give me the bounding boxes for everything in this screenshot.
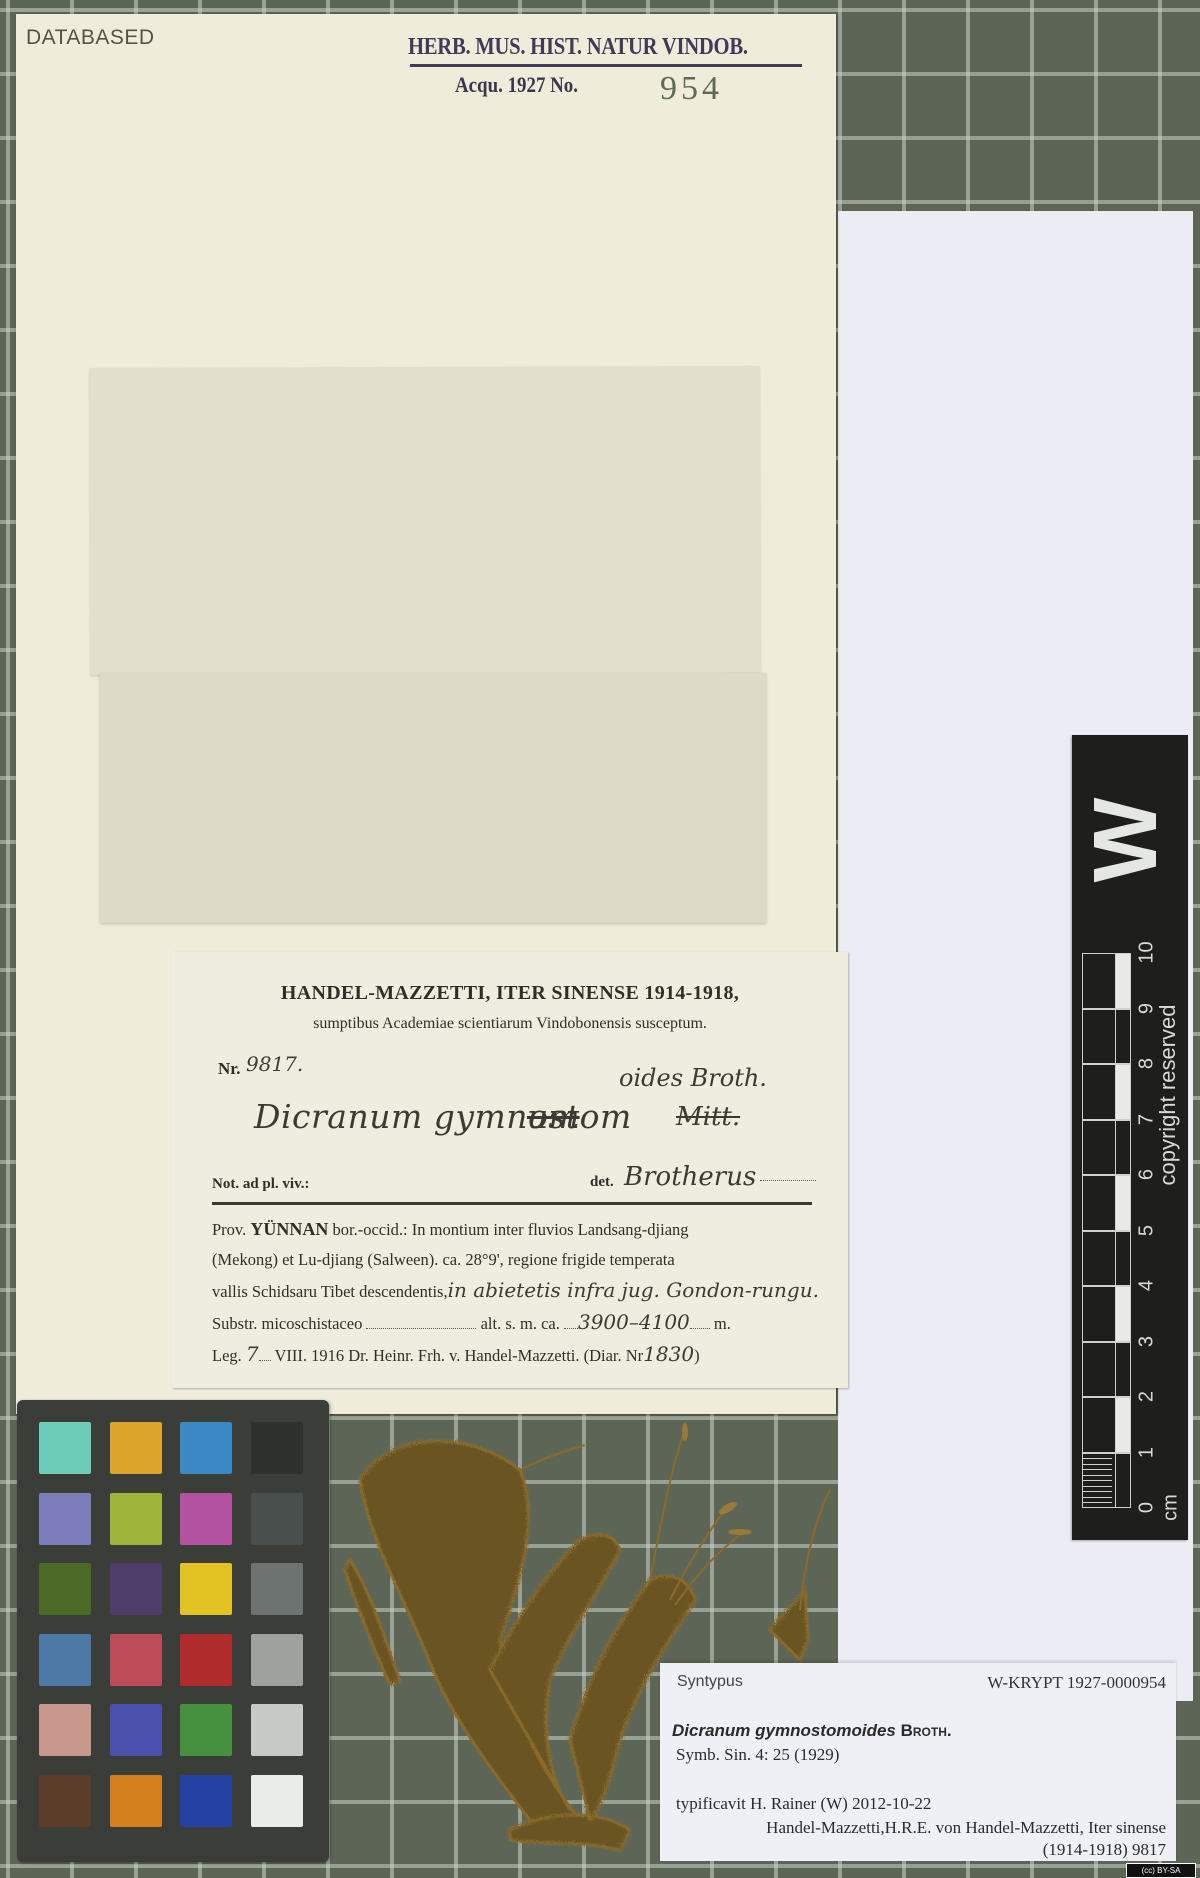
taxon-name: Dicranum gymnostomoides Broth. xyxy=(672,1721,952,1741)
province: YÜNNAN xyxy=(250,1219,328,1239)
color-patch xyxy=(39,1704,91,1756)
mm-tick xyxy=(1082,1502,1112,1503)
scale-block xyxy=(1115,1175,1131,1231)
collection-day: 7 xyxy=(246,1342,259,1366)
scale-number: 3 xyxy=(1136,1326,1159,1356)
locality-line-1: Prov. YÜNNAN bor.-occid.: In montium int… xyxy=(212,1214,812,1245)
color-patch xyxy=(110,1493,162,1545)
color-patch xyxy=(180,1634,232,1686)
diary-number: 1830 xyxy=(643,1342,694,1366)
color-patch xyxy=(110,1775,162,1827)
label-divider xyxy=(212,1202,812,1205)
scale-block xyxy=(1082,1064,1116,1120)
collection-number-label: Nr. xyxy=(218,1059,241,1079)
scale-block xyxy=(1082,1397,1116,1453)
color-patch xyxy=(180,1704,232,1756)
scale-block xyxy=(1115,953,1131,1009)
color-checker-card xyxy=(17,1400,329,1862)
locality-text: Prov. YÜNNAN bor.-occid.: In montium int… xyxy=(212,1214,812,1371)
determiner-label: det. xyxy=(590,1174,614,1191)
scale-number: 2 xyxy=(1136,1382,1159,1412)
color-patch xyxy=(39,1422,91,1474)
mm-tick xyxy=(1082,1491,1112,1492)
specimen-packet-flap[interactable] xyxy=(89,366,760,675)
altitude-value: 3900–4100 xyxy=(578,1310,690,1334)
color-patch xyxy=(180,1493,232,1545)
field-label: HANDEL-MAZZETTI, ITER SINENSE 1914-1918,… xyxy=(172,952,848,1388)
color-patch xyxy=(251,1634,303,1686)
scale-number: 4 xyxy=(1136,1271,1159,1301)
mm-tick xyxy=(1082,1469,1112,1470)
herbarium-stamp: HERB. MUS. HIST. NATUR VINDOB. xyxy=(408,34,748,61)
scale-block xyxy=(1082,1286,1116,1342)
locality-line-3: vallis Schidsaru Tibet descendentis,in a… xyxy=(212,1275,812,1307)
scale-unit: cm xyxy=(1160,1493,1183,1523)
determiner-name: Brotherus xyxy=(624,1162,756,1192)
acquisition-number: 954 xyxy=(660,70,723,108)
collection-number: 9817. xyxy=(246,1052,303,1076)
label-header: HANDEL-MAZZETTI, ITER SINENSE 1914-1918, xyxy=(172,982,848,1005)
scale-block xyxy=(1082,1120,1116,1176)
color-patch xyxy=(251,1775,303,1827)
mm-tick xyxy=(1082,1486,1112,1487)
mm-tick xyxy=(1082,1458,1112,1459)
collector-line: Leg. 7 VIII. 1916 Dr. Heinr. Frh. v. Han… xyxy=(212,1339,812,1371)
catalog-number: W-KRYPT 1927-0000954 xyxy=(987,1673,1166,1693)
color-patch xyxy=(180,1422,232,1474)
collection-info-2: (1914-1918) 9817 xyxy=(1043,1840,1166,1860)
collection-info-1: Handel-Mazzetti,H.R.E. von Handel-Mazzet… xyxy=(766,1818,1166,1838)
scale-block xyxy=(1115,1231,1131,1287)
databased-stamp: DATABASED xyxy=(26,26,155,50)
type-status: Syntypus xyxy=(677,1673,743,1691)
color-patch xyxy=(251,1422,303,1474)
taxon-correction: oides Broth. xyxy=(619,1064,767,1092)
copyright-text: copyright reserved xyxy=(1155,965,1185,1225)
label-subheader: sumptibus Academiae scientiarum Vindobon… xyxy=(172,1015,848,1033)
color-patch xyxy=(39,1563,91,1615)
license-badge[interactable]: (cc) BY-SA xyxy=(1126,1863,1196,1878)
color-patch xyxy=(39,1493,91,1545)
stamp-underline xyxy=(410,64,802,67)
color-patch xyxy=(39,1634,91,1686)
color-patch xyxy=(180,1563,232,1615)
determiner-dots xyxy=(760,1180,816,1181)
taxon-author: Broth. xyxy=(901,1721,952,1740)
typification: typificavit H. Rainer (W) 2012-10-22 xyxy=(676,1794,931,1814)
scale-block xyxy=(1115,1453,1131,1509)
taxon-struck-ending: um xyxy=(527,1097,580,1136)
substrate-line: Substr. micoschistaceo alt. s. m. ca. 39… xyxy=(212,1307,812,1339)
color-patch xyxy=(110,1422,162,1474)
scale-block xyxy=(1082,1175,1116,1231)
acquisition-label: Acqu. 1927 No. xyxy=(455,72,578,98)
scale-block xyxy=(1115,1342,1131,1398)
color-patch xyxy=(251,1704,303,1756)
color-patch xyxy=(251,1493,303,1545)
color-patch xyxy=(110,1563,162,1615)
scale-block xyxy=(1082,1342,1116,1398)
mm-tick xyxy=(1082,1464,1112,1465)
mm-tick xyxy=(1082,1480,1112,1481)
color-patch xyxy=(180,1775,232,1827)
mm-tick xyxy=(1082,1475,1112,1476)
color-patch xyxy=(110,1634,162,1686)
habitat-handwritten: in abietetis infra jug. Gondon-rungu. xyxy=(448,1278,819,1302)
color-patch xyxy=(110,1704,162,1756)
scale-block xyxy=(1115,1009,1131,1065)
color-patch xyxy=(251,1563,303,1615)
specimen-packet[interactable] xyxy=(100,673,766,923)
scale-block xyxy=(1115,1397,1131,1453)
w-logo: W xyxy=(1081,795,1181,885)
scale-block xyxy=(1082,1231,1116,1287)
scale-block xyxy=(1082,953,1116,1009)
scale-number: 10 xyxy=(1136,938,1159,968)
mm-tick xyxy=(1082,1453,1112,1454)
type-label: Syntypus W-KRYPT 1927-0000954 Dicranum g… xyxy=(660,1663,1176,1861)
notes-label: Not. ad pl. viv.: xyxy=(212,1176,310,1193)
publication: Symb. Sin. 4: 25 (1929) xyxy=(676,1745,839,1765)
scale-block xyxy=(1115,1286,1131,1342)
scale-block xyxy=(1115,1120,1131,1176)
scale-block xyxy=(1115,1064,1131,1120)
color-patch xyxy=(39,1775,91,1827)
scale-block xyxy=(1082,1009,1116,1065)
scale-number: 1 xyxy=(1136,1437,1159,1467)
mm-tick xyxy=(1082,1497,1112,1498)
taxon-struck-author: Mitt. xyxy=(676,1102,740,1132)
scale-number: 0 xyxy=(1136,1493,1159,1523)
locality-line-2: (Mekong) et Lu-djiang (Salween). ca. 28°… xyxy=(212,1245,812,1275)
